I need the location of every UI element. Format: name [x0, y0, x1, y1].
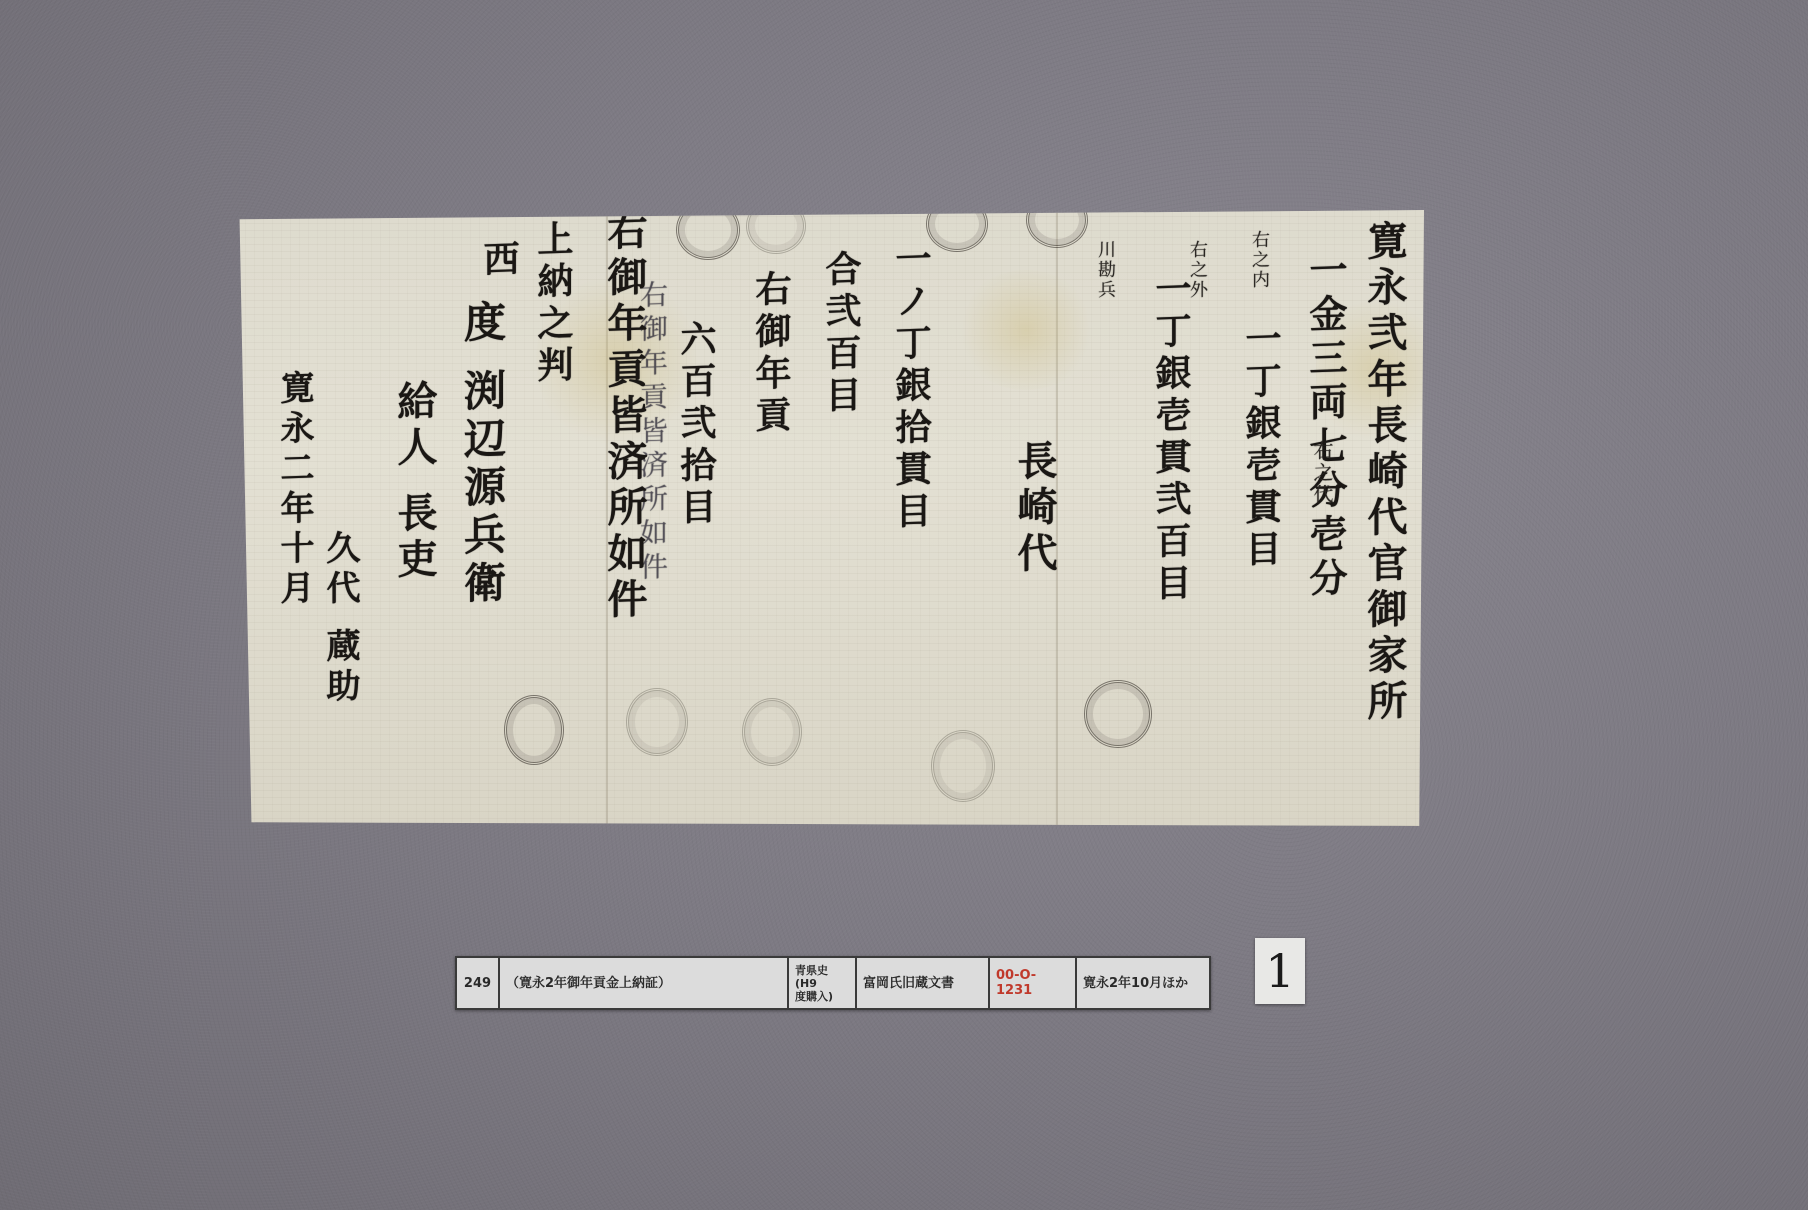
catalog-label: 249 （寛永2年御年貢金上納証） 青県史(H9 度購入) 富岡氏旧蔵文書 00…	[455, 956, 1211, 1010]
document-text-column: 一ノ丁銀拾貫目	[886, 239, 937, 721]
catalog-code: 00-O-1231	[990, 958, 1077, 1008]
catalog-title: （寛永2年御年貢金上納証）	[500, 958, 789, 1008]
historical-document: 寛永弐年長崎代官御家所 一金三両七分壱分 右之代 右之内 一丁銀壱貫目 右之外 …	[236, 210, 1424, 826]
document-text-column: 一丁銀壱貫目	[1236, 319, 1287, 791]
document-text-column: 久代 蔵助	[316, 529, 365, 811]
document-text-column: 長崎代	[1006, 439, 1063, 761]
seal-stamp	[746, 210, 806, 254]
document-text-column: 右御年貢皆済所如件	[596, 210, 653, 771]
catalog-source: 青県史(H9 度購入)	[789, 958, 857, 1008]
document-text-column: 上納之判	[528, 219, 579, 581]
seal-stamp	[676, 210, 740, 260]
seal-stamp	[931, 730, 995, 802]
document-text-column: 度 渕辺源兵衛	[452, 299, 512, 741]
number-tag: 1	[1255, 938, 1305, 1004]
document-text-column: 寛永弐年長崎代官御家所	[1356, 219, 1413, 801]
catalog-number: 249	[457, 958, 500, 1008]
document-text-column: 六百弐拾目	[671, 319, 722, 701]
seal-stamp	[1026, 210, 1088, 248]
document-text-column: 右之代	[1308, 439, 1337, 590]
document-text-column: 右御年貢	[746, 269, 797, 691]
catalog-source-line2: 度購入)	[795, 990, 849, 1003]
paper-stain	[956, 270, 1096, 390]
catalog-date: 寛永2年10月ほか	[1077, 958, 1209, 1008]
catalog-collection: 富岡氏旧蔵文書	[857, 958, 990, 1008]
document-text-column: 給人 長吏	[386, 379, 443, 701]
document-text-column: 寛永二年十月	[270, 369, 319, 811]
catalog-source-line1: 青県史(H9	[795, 964, 849, 990]
seal-stamp	[742, 698, 802, 766]
seal-stamp	[504, 695, 564, 765]
document-text-column: 一丁銀壱貫弐百目	[1146, 269, 1197, 611]
document-text-column: 川勘兵	[1092, 240, 1118, 541]
seal-stamp	[1084, 680, 1152, 748]
document-text-column: 合弐百目	[816, 249, 867, 711]
